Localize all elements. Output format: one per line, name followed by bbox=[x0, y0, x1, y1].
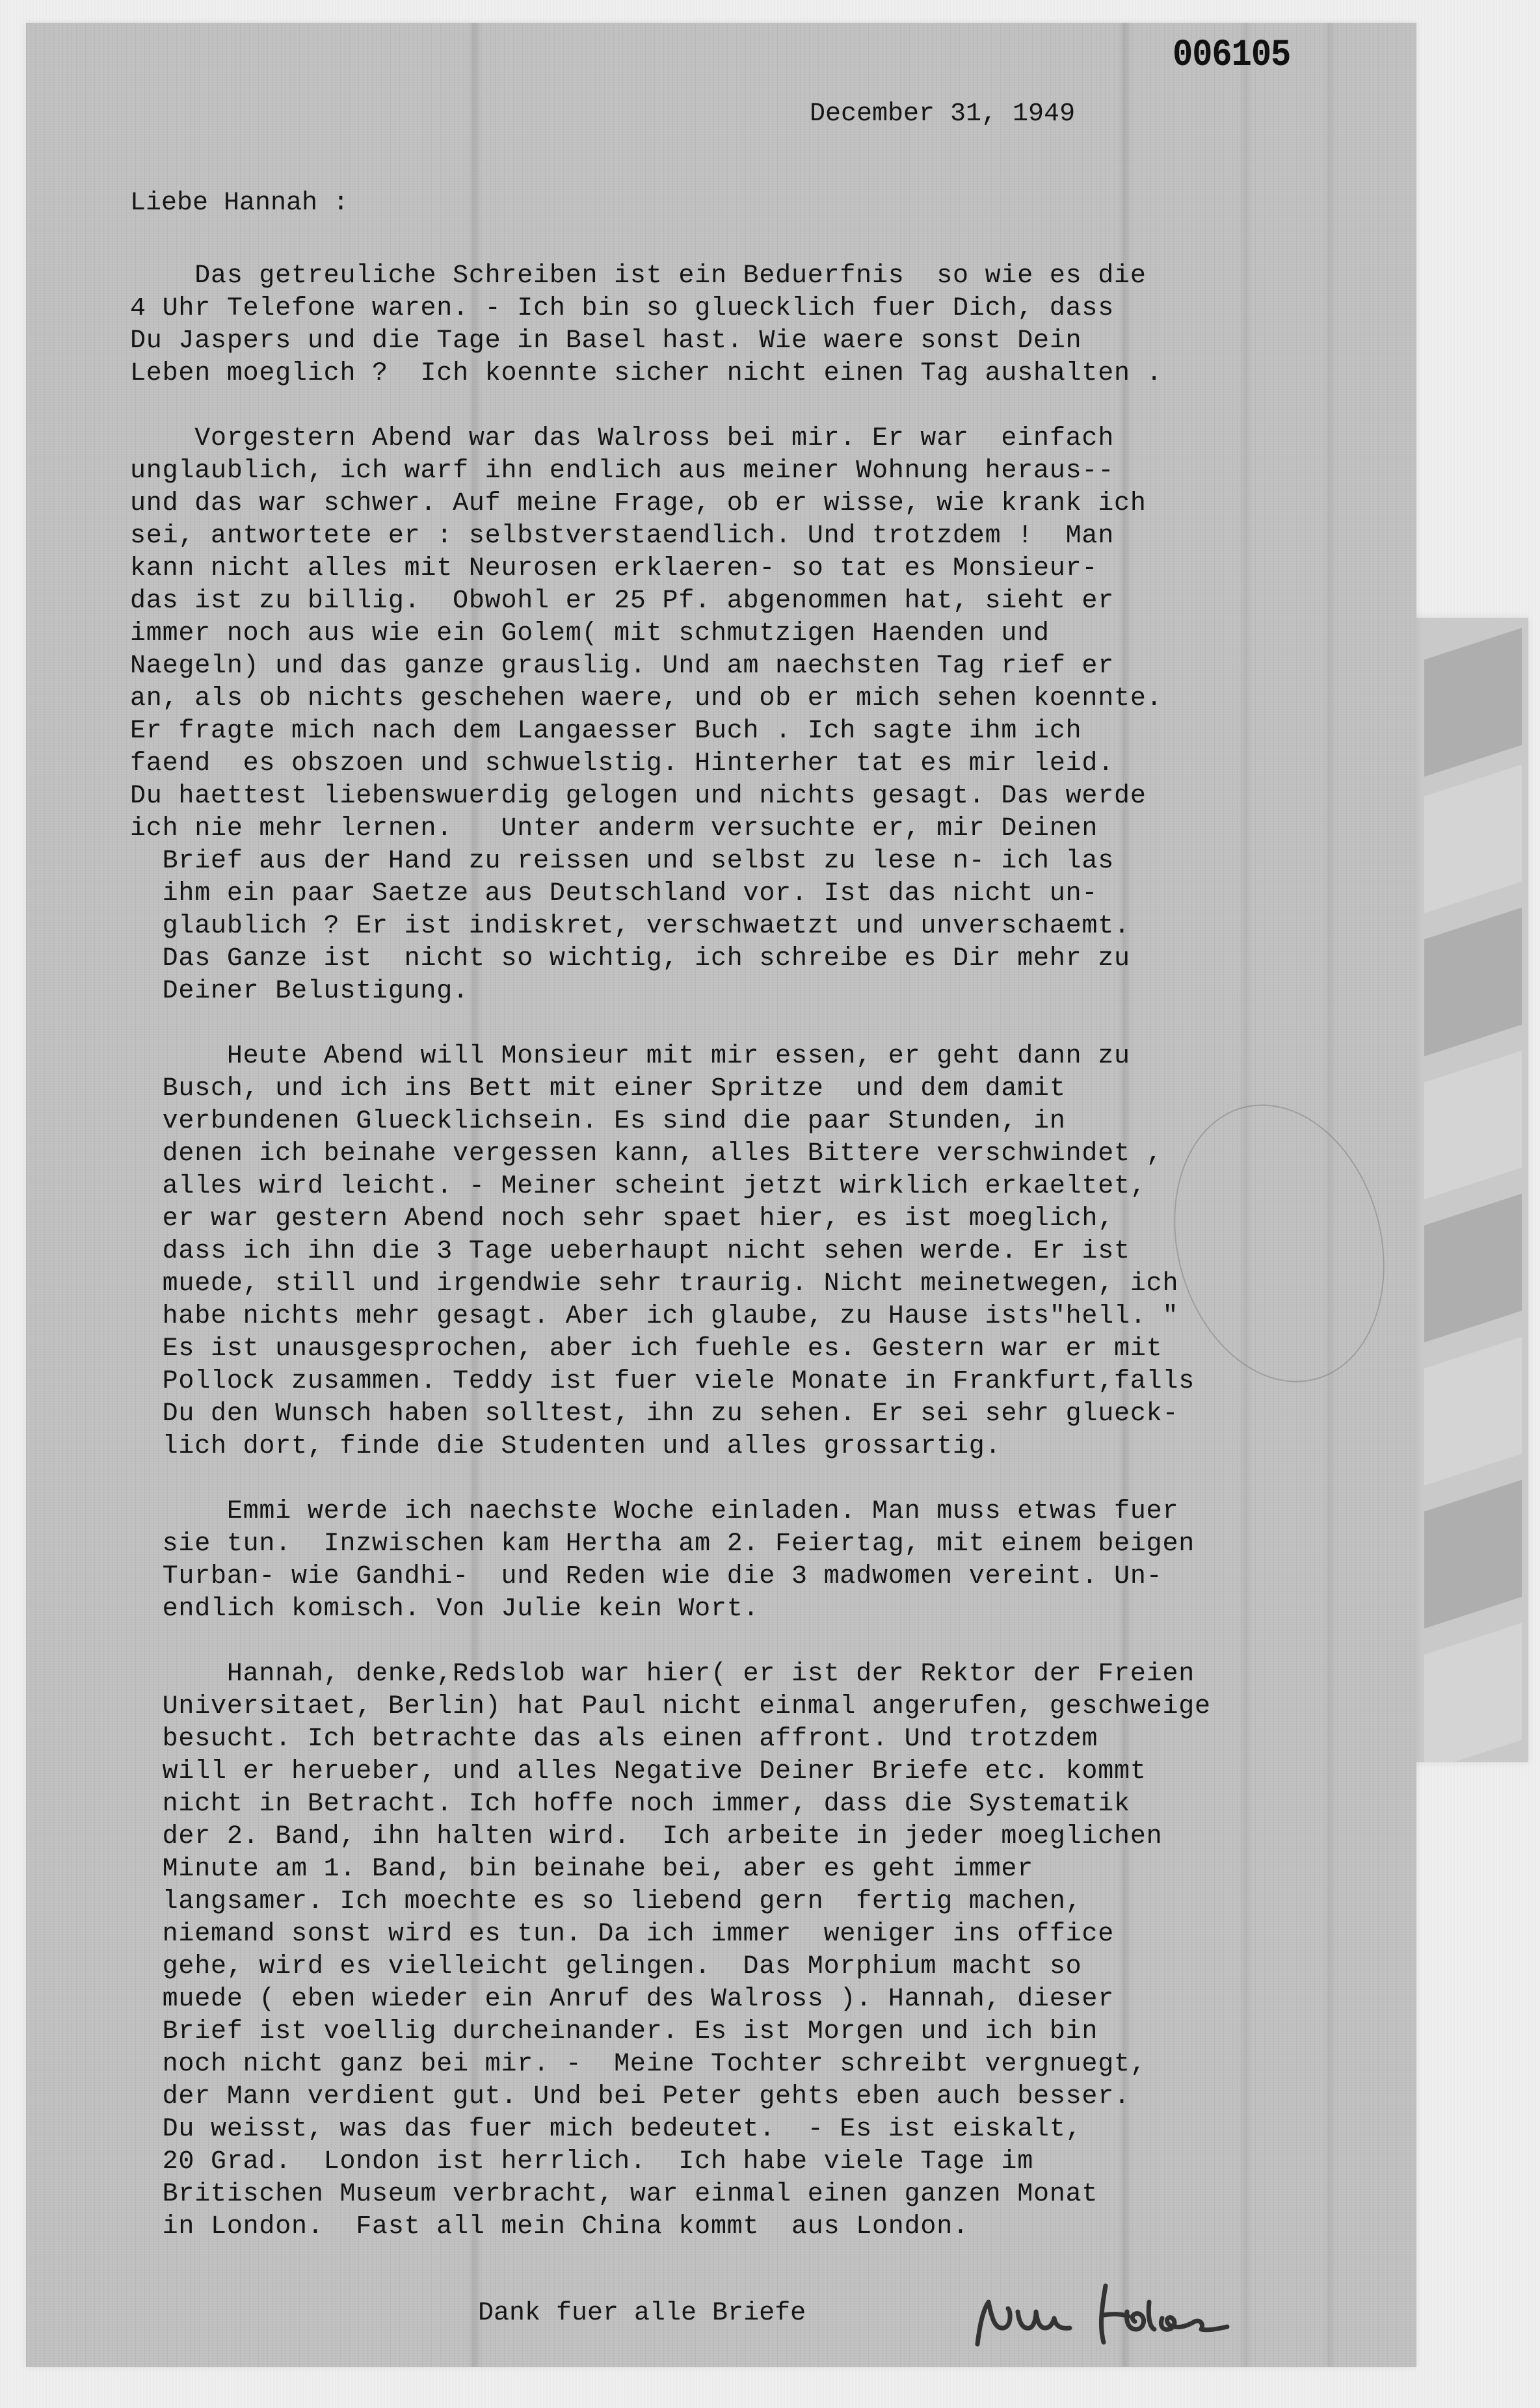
text-line: noch nicht ganz bei mir. - Meine Tochter… bbox=[130, 2048, 1392, 2081]
text-line: Hannah, denke,Redslob war hier( er ist d… bbox=[130, 1658, 1392, 1691]
text-line: Das Ganze ist nicht so wichtig, ich schr… bbox=[130, 943, 1392, 975]
airmail-stripe bbox=[1424, 1623, 1522, 1762]
text-line: sie tun. Inzwischen kam Hertha am 2. Fei… bbox=[130, 1528, 1392, 1561]
text-line: verbundenen Gluecklichsein. Es sind die … bbox=[130, 1105, 1392, 1138]
paragraph-4: Emmi werde ich naechste Woche einladen. … bbox=[130, 1496, 1392, 1626]
text-line: Brief ist voellig durcheinander. Es ist … bbox=[130, 2016, 1392, 2048]
airmail-stripe bbox=[1424, 1194, 1522, 1343]
text-line: will er herueber, und alles Negative Dei… bbox=[130, 1756, 1392, 1788]
text-line: der Mann verdient gut. Und bei Peter geh… bbox=[130, 2081, 1392, 2113]
text-line: nicht in Betracht. Ich hoffe noch immer,… bbox=[130, 1788, 1392, 1821]
text-line: Naegeln) und das ganze grauslig. Und am … bbox=[130, 650, 1392, 683]
text-line: endlich komisch. Von Julie kein Wort. bbox=[130, 1593, 1392, 1626]
text-line: denen ich beinahe vergessen kann, alles … bbox=[130, 1138, 1392, 1171]
text-line: an, als ob nichts geschehen waere, und o… bbox=[130, 683, 1392, 715]
text-line: Universitaet, Berlin) hat Paul nicht ein… bbox=[130, 1691, 1392, 1723]
text-line: Heute Abend will Monsieur mit mir essen,… bbox=[130, 1040, 1392, 1073]
letter-date: December 31, 1949 bbox=[810, 99, 1075, 129]
text-line: langsamer. Ich moechte es so liebend ger… bbox=[130, 1886, 1392, 1918]
text-line: er war gestern Abend noch sehr spaet hie… bbox=[130, 1203, 1392, 1236]
text-line: Brief aus der Hand zu reissen und selbst… bbox=[130, 845, 1392, 878]
text-line: unglaublich, ich warf ihn endlich aus me… bbox=[130, 455, 1392, 488]
text-line: Er fragte mich nach dem Langaesser Buch … bbox=[130, 715, 1392, 748]
closing-line: Dank fuer alle Briefe bbox=[478, 2299, 806, 2328]
airmail-stripe bbox=[1424, 765, 1522, 914]
text-line: habe nichts mehr gesagt. Aber ich glaube… bbox=[130, 1301, 1392, 1333]
text-line: Das getreuliche Schreiben ist ein Beduer… bbox=[130, 260, 1392, 293]
airmail-stripe bbox=[1424, 628, 1522, 777]
archive-number: 006105 bbox=[1173, 34, 1290, 77]
text-line: Leben moeglich ? Ich koennte sicher nich… bbox=[130, 358, 1392, 390]
handwritten-signature bbox=[972, 2282, 1232, 2348]
text-line: Busch, und ich ins Bett mit einer Spritz… bbox=[130, 1073, 1392, 1105]
text-line: Deiner Belustigung. bbox=[130, 975, 1392, 1008]
text-line: faend es obszoen und schwuelstig. Hinter… bbox=[130, 748, 1392, 780]
text-line: ich nie mehr lernen. Unter anderm versuc… bbox=[130, 813, 1392, 845]
text-line: sei, antwortete er : selbstverstaendlich… bbox=[130, 520, 1392, 553]
airmail-stripe bbox=[1424, 908, 1522, 1057]
paragraph-1: Das getreuliche Schreiben ist ein Beduer… bbox=[130, 260, 1392, 390]
text-line: der 2. Band, ihn halten wird. Ich arbeit… bbox=[130, 1821, 1392, 1853]
text-line: Du Jaspers und die Tage in Basel hast. W… bbox=[130, 325, 1392, 358]
paragraph-2: Vorgestern Abend war das Walross bei mir… bbox=[130, 423, 1392, 1008]
text-line: kann nicht alles mit Neurosen erklaeren-… bbox=[130, 553, 1392, 585]
text-line: gehe, wird es vielleicht gelingen. Das M… bbox=[130, 1951, 1392, 1983]
text-line: Es ist unausgesprochen, aber ich fuehle … bbox=[130, 1333, 1392, 1366]
text-line: alles wird leicht. - Meiner scheint jetz… bbox=[130, 1171, 1392, 1203]
text-line: Pollock zusammen. Teddy ist fuer viele M… bbox=[130, 1366, 1392, 1398]
airmail-stripe bbox=[1424, 1480, 1522, 1629]
text-line: immer noch aus wie ein Golem( mit schmut… bbox=[130, 618, 1392, 650]
text-line: glaublich ? Er ist indiskret, verschwaet… bbox=[130, 910, 1392, 943]
text-line: 4 Uhr Telefone waren. - Ich bin so gluec… bbox=[130, 293, 1392, 325]
text-line: ihm ein paar Saetze aus Deutschland vor.… bbox=[130, 878, 1392, 910]
airmail-stripe bbox=[1424, 1337, 1522, 1486]
text-line: und das war schwer. Auf meine Frage, ob … bbox=[130, 488, 1392, 520]
airmail-envelope-edge bbox=[1398, 618, 1528, 1762]
text-line: Emmi werde ich naechste Woche einladen. … bbox=[130, 1496, 1392, 1528]
text-line: Britischen Museum verbracht, war einmal … bbox=[130, 2178, 1392, 2211]
text-line: Du den Wunsch haben solltest, ihn zu seh… bbox=[130, 1398, 1392, 1431]
airmail-stripe bbox=[1424, 1051, 1522, 1200]
text-line: 20 Grad. London ist herrlich. Ich habe v… bbox=[130, 2146, 1392, 2178]
text-line: niemand sonst wird es tun. Da ich immer … bbox=[130, 1918, 1392, 1951]
text-line: Vorgestern Abend war das Walross bei mir… bbox=[130, 423, 1392, 455]
paragraph-5: Hannah, denke,Redslob war hier( er ist d… bbox=[130, 1658, 1392, 2243]
text-line: muede, still und irgendwie sehr traurig.… bbox=[130, 1268, 1392, 1301]
salutation: Liebe Hannah : bbox=[130, 189, 349, 218]
text-line: Turban- wie Gandhi- und Reden wie die 3 … bbox=[130, 1561, 1392, 1593]
text-line: Du haettest liebenswuerdig gelogen und n… bbox=[130, 780, 1392, 813]
text-line: das ist zu billig. Obwohl er 25 Pf. abge… bbox=[130, 585, 1392, 618]
text-line: besucht. Ich betrachte das als einen aff… bbox=[130, 1723, 1392, 1756]
text-line: Du weisst, was das fuer mich bedeutet. -… bbox=[130, 2113, 1392, 2146]
letter-body: Das getreuliche Schreiben ist ein Beduer… bbox=[130, 260, 1392, 2276]
text-line: dass ich ihn die 3 Tage ueberhaupt nicht… bbox=[130, 1236, 1392, 1268]
text-line: lich dort, finde die Studenten und alles… bbox=[130, 1431, 1392, 1463]
text-line: Minute am 1. Band, bin beinahe bei, aber… bbox=[130, 1853, 1392, 1886]
paragraph-3: Heute Abend will Monsieur mit mir essen,… bbox=[130, 1040, 1392, 1463]
text-line: in London. Fast all mein China kommt aus… bbox=[130, 2211, 1392, 2243]
text-line: muede ( eben wieder ein Anruf des Walros… bbox=[130, 1983, 1392, 2016]
